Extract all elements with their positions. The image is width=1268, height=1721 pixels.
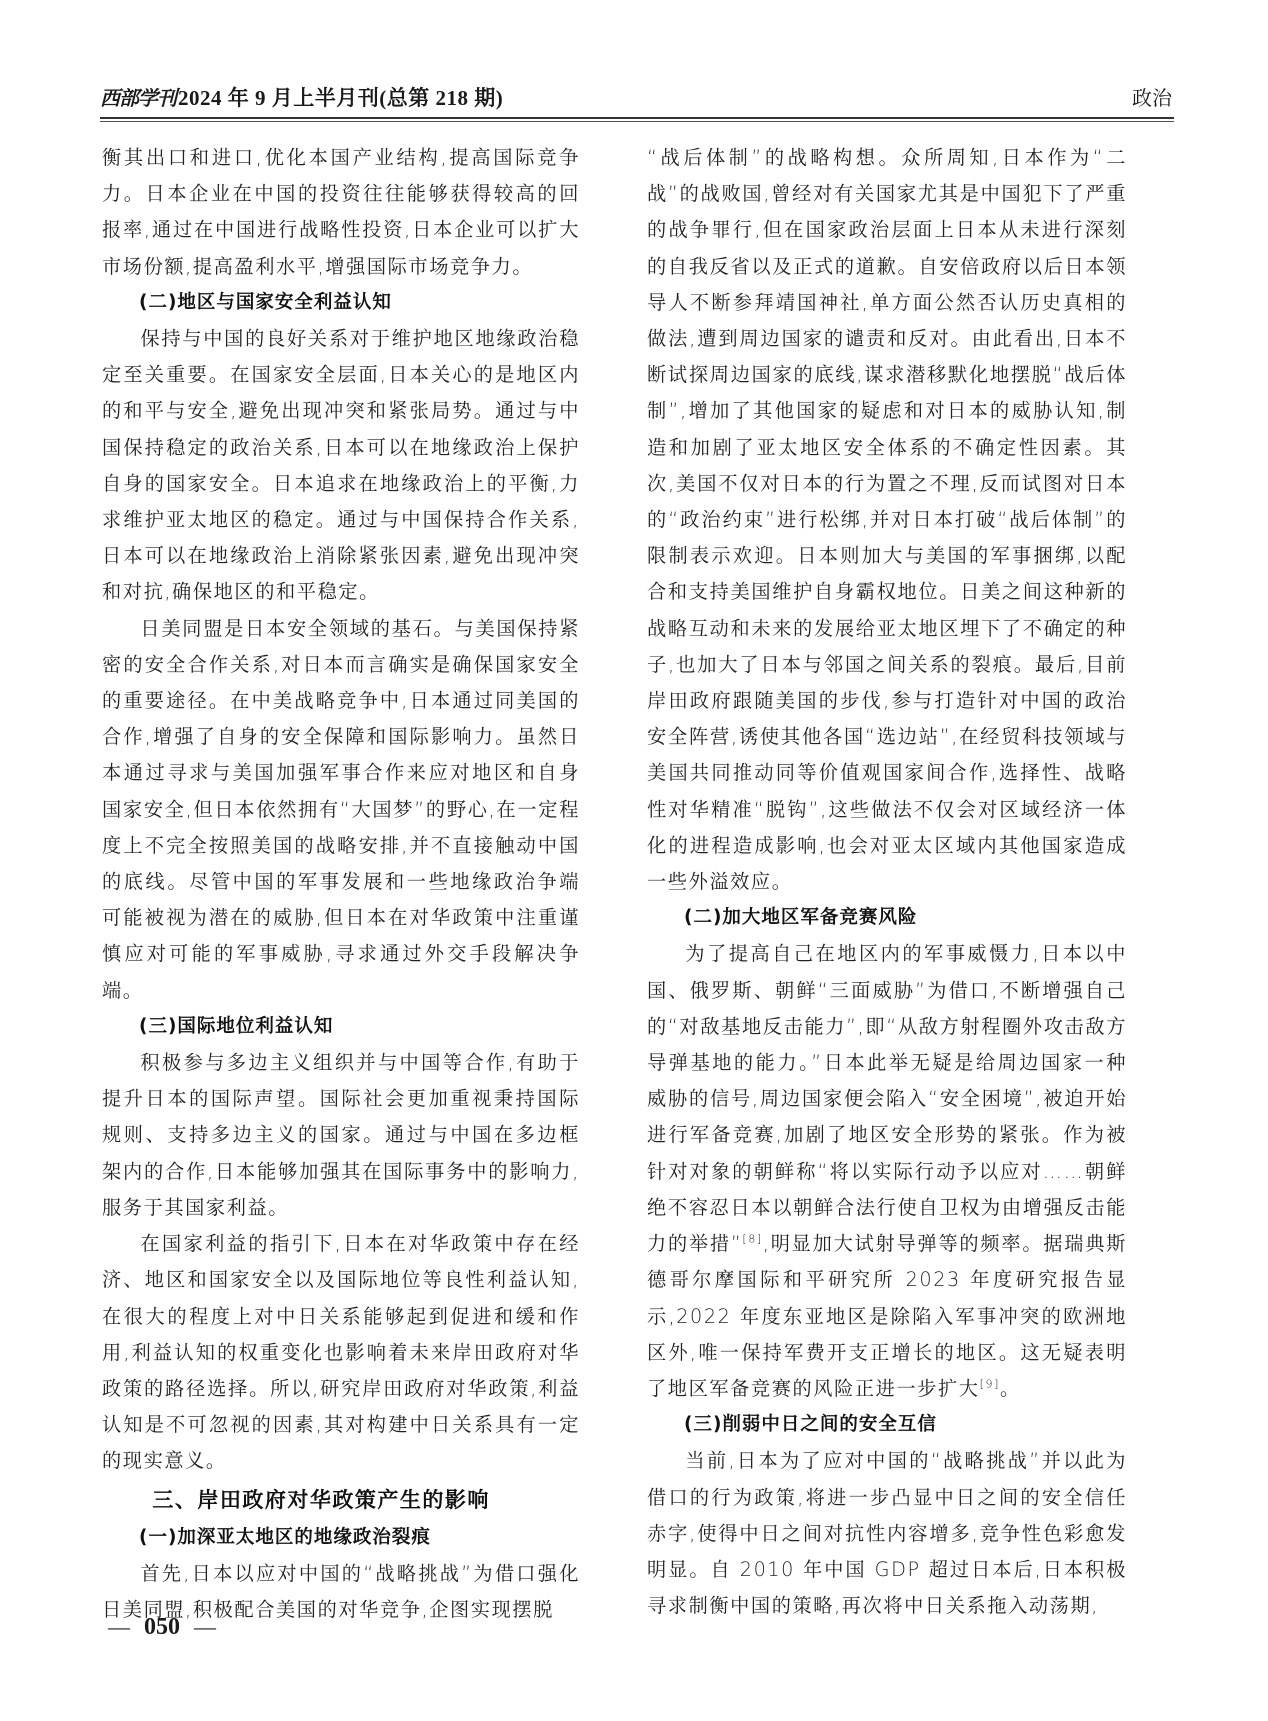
journal-logo: 西部学刊 <box>100 86 176 110</box>
paragraph: 当前,日本为了应对中国的“战略挑战”并以此为借口的行为政策,将进一步凸显中日之间… <box>647 1443 1127 1624</box>
subsection-heading: (三)国际地位利益认知 <box>102 1009 580 1045</box>
running-header: 西部学刊2024 年 9 月上半月刊(总第 218 期) 政治 <box>100 82 1174 118</box>
page-number: —050— <box>108 1614 216 1641</box>
header-rule-thick <box>100 117 1174 119</box>
issue-label: 2024 年 9 月上半月刊(总第 218 期) <box>178 86 503 110</box>
header-rule-thin <box>100 121 1174 122</box>
subsection-heading: (一)加深亚太地区的地缘政治裂痕 <box>102 1520 580 1556</box>
paragraph: 衡其出口和进口,优化本国产业结构,提高国际竞争力。日本企业在中国的投资往往能够获… <box>102 140 580 285</box>
section-label: 政治 <box>1132 82 1172 111</box>
paragraph: 积极参与多边主义组织并与中国等合作,有助于提升日本的国际声望。国际社会更加重视秉… <box>102 1045 580 1226</box>
paragraph: 在国家利益的指引下,日本在对华政策中存在经济、地区和国家安全以及国际地位等良性利… <box>102 1226 580 1479</box>
section-heading: 三、岸田政府对华政策产生的影响 <box>102 1480 580 1520</box>
paragraph: 保持与中国的良好关系对于维护地区地缘政治稳定至关重要。在国家安全层面,日本关心的… <box>102 321 580 611</box>
citation-ref[interactable]: [9] <box>980 1378 1000 1391</box>
citation-ref[interactable]: [8] <box>742 1233 762 1246</box>
journal-issue-title: 西部学刊2024 年 9 月上半月刊(总第 218 期) <box>100 82 503 112</box>
paragraph-text: 。 <box>1000 1377 1021 1400</box>
paragraph: 日美同盟是日本安全领域的基石。与美国保持紧密的安全合作关系,对日本而言确实是确保… <box>102 611 580 1009</box>
right-column: “战后体制”的战略构想。众所周知,日本作为“二战”的战败国,曾经对有关国家尤其是… <box>647 140 1127 1624</box>
left-column: 衡其出口和进口,优化本国产业结构,提高国际竞争力。日本企业在中国的投资往往能够获… <box>102 140 580 1628</box>
dash-right: — <box>194 1614 216 1639</box>
page-number-value: 050 <box>144 1614 180 1640</box>
subsection-heading: (二)加大地区军备竞赛风险 <box>647 900 1127 936</box>
paragraph-text: 为了提高自己在地区内的军事威慑力,日本以中国、俄罗斯、朝鲜“三面威胁”为借口,不… <box>647 942 1127 1255</box>
paragraph-text: ,明显加大试射导弹等的频率。据瑞典斯德哥尔摩国际和平研究所 2023 年度研究报… <box>647 1232 1127 1400</box>
paragraph: “战后体制”的战略构想。众所周知,日本作为“二战”的战败国,曾经对有关国家尤其是… <box>647 140 1127 900</box>
subsection-heading: (三)削弱中日之间的安全互信 <box>647 1407 1127 1443</box>
paragraph: 为了提高自己在地区内的军事威慑力,日本以中国、俄罗斯、朝鲜“三面威胁”为借口,不… <box>647 936 1127 1407</box>
dash-left: — <box>108 1614 130 1639</box>
subsection-heading: (二)地区与国家安全利益认知 <box>102 285 580 321</box>
